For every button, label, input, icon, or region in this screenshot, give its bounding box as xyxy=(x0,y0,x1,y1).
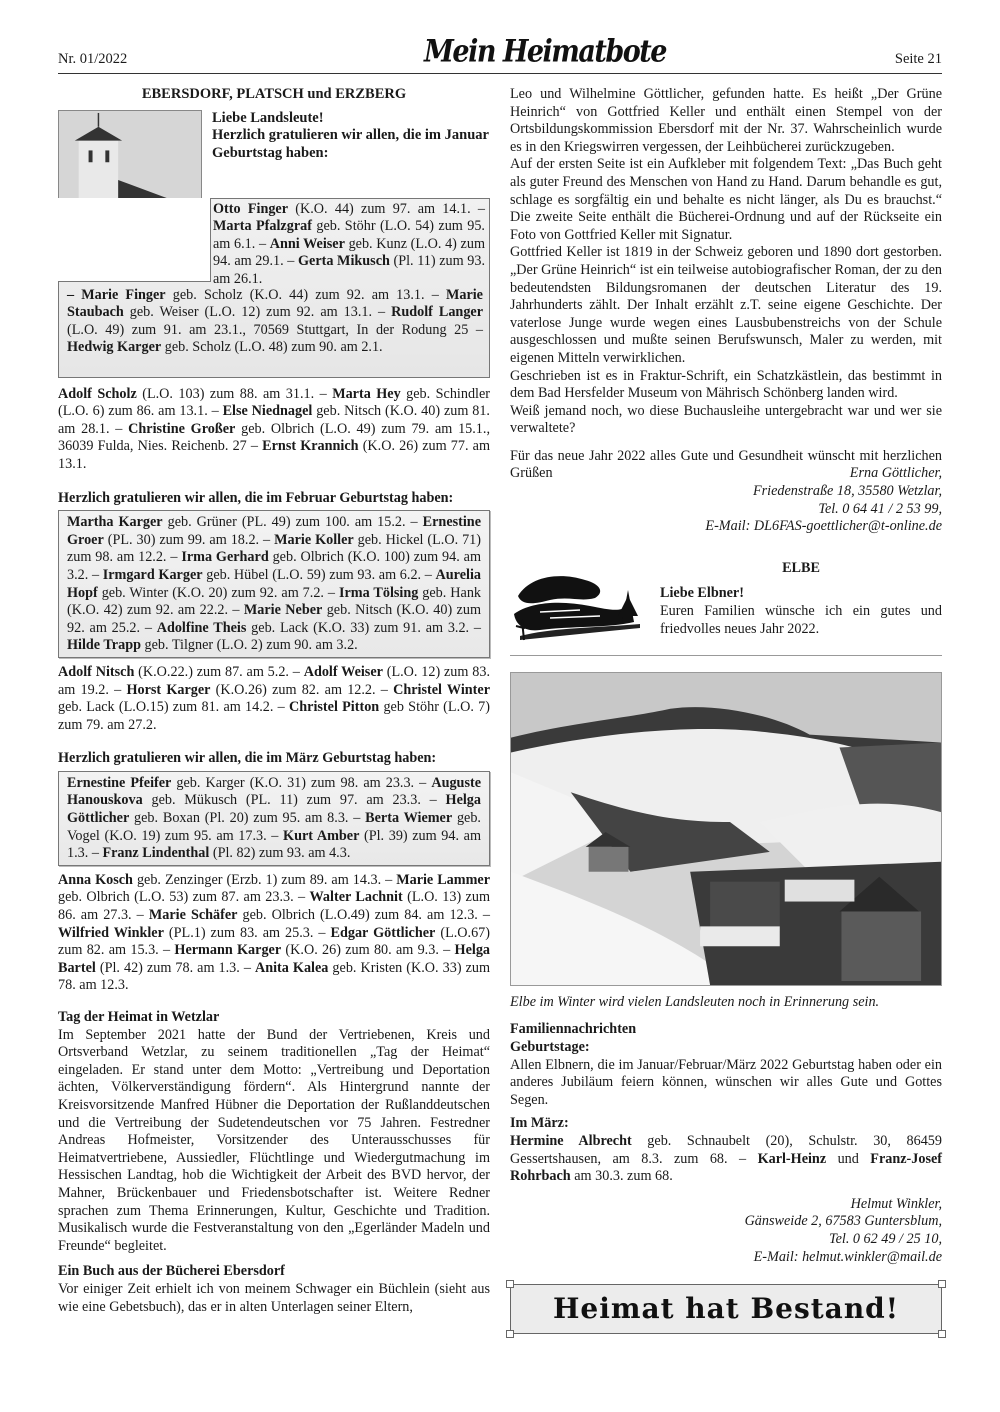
signature-address: Friedenstraße 18, 35580 Wetzlar, xyxy=(510,483,942,501)
january-list: Adolf Scholz (L.O. 103) zum 88. am 31.1.… xyxy=(58,386,490,474)
march-title: Im März: xyxy=(510,1115,942,1133)
signature-helmut: Helmut Winkler, Gänsweide 2, 67583 Gunte… xyxy=(510,1196,942,1266)
january-box-text-top: Otto Finger (K.O. 44) zum 97. am 14.1. –… xyxy=(213,201,485,289)
page-header: Nr. 01/2022 Mein Heimatbote Seite 21 xyxy=(58,38,942,74)
heimat-banner: Heimat hat Bestand! xyxy=(510,1284,942,1334)
signature-phone: Tel. 0 64 41 / 2 53 99, xyxy=(510,501,942,519)
february-list: Adolf Nitsch (K.O.22.) zum 87. am 5.2. –… xyxy=(58,664,490,734)
elbe-section-header: ELBE Liebe Elbner! Euren Familien wünsch… xyxy=(510,560,942,656)
january-box-text-bottom: – Marie Finger geb. Scholz (K.O. 44) zum… xyxy=(67,287,483,357)
winter-village-photo xyxy=(510,672,942,986)
left-column: EBERSDORF, PLATSCH und ERZBERG Liebe Lan… xyxy=(58,86,490,1316)
photo-caption: Elbe im Winter wird vielen Landsleuten n… xyxy=(510,994,942,1012)
family-news-title: Familiennachrichten xyxy=(510,1021,942,1039)
issue-number: Nr. 01/2022 xyxy=(58,51,127,68)
january-block: Liebe Landsleute! Herzlich gratulieren w… xyxy=(58,110,490,380)
january-intro: Liebe Landsleute! Herzlich gratulieren w… xyxy=(212,110,490,163)
article-buch-p3: Gottfried Keller ist 1819 in der Schweiz… xyxy=(510,244,942,367)
winter-landscape-icon xyxy=(511,673,941,985)
march-list: Anna Kosch geb. Zenzinger (Erzb. 1) zum … xyxy=(58,872,490,995)
february-heading: Herzlich gratulieren wir allen, die im F… xyxy=(58,490,490,508)
signature-email[interactable]: E-Mail: helmut.winkler@mail.de xyxy=(510,1249,942,1267)
right-column: Leo und Wilhelmine Göttlicher, gefunden … xyxy=(510,86,942,1334)
signature-phone: Tel. 0 62 49 / 25 10, xyxy=(510,1231,942,1249)
march-highlight-box: Ernestine Pfeifer geb. Karger (K.O. 31) … xyxy=(58,771,490,866)
signature-erna: Erna Göttlicher, Friedenstraße 18, 35580… xyxy=(510,465,942,535)
article-buch-p5: Weiß jemand noch, wo diese Buchausleihe … xyxy=(510,403,942,438)
signature-email[interactable]: E-Mail: DL6FAS-goettlicher@t-online.de xyxy=(510,518,942,536)
article-body-buch-start: Vor einiger Zeit erhielt ich von meinem … xyxy=(58,1281,490,1316)
banner-slogan: Heimat hat Bestand! xyxy=(553,1300,899,1318)
article-body-wetzlar: Im September 2021 hatte der Bund der Ver… xyxy=(58,1027,490,1256)
landscape-woodcut-icon xyxy=(510,566,650,642)
february-highlight-box: Martha Karger geb. Grüner (PL. 49) zum 1… xyxy=(58,510,490,658)
signature-address: Gänsweide 2, 67583 Guntersblum, xyxy=(510,1213,942,1231)
article-buch-p2: Auf der ersten Seite ist ein Aufkleber m… xyxy=(510,156,942,244)
elbe-intro-text: Euren Familien wünsche ich ein gutes und… xyxy=(660,603,942,638)
signature-name: Helmut Winkler, xyxy=(510,1196,942,1214)
greeting: Liebe Landsleute! xyxy=(212,110,490,128)
birthdays-text: Allen Elbnern, die im Januar/Februar/Mär… xyxy=(510,1057,942,1110)
corner-ornament-icon xyxy=(938,1280,946,1288)
section-title-elbe: ELBE xyxy=(660,560,942,578)
article-buch-p4: Geschrieben ist es in Fraktur-Schrift, e… xyxy=(510,368,942,403)
article-title-buch: Ein Buch aus der Bücherei Ebersdorf xyxy=(58,1263,490,1281)
section-title-ebersdorf: EBERSDORF, PLATSCH und ERZBERG xyxy=(58,86,490,104)
birthdays-title: Geburtstage: xyxy=(510,1039,942,1057)
january-heading: Herzlich gratulieren wir allen, die im J… xyxy=(212,127,490,162)
corner-ornament-icon xyxy=(938,1330,946,1338)
corner-ornament-icon xyxy=(506,1280,514,1288)
march-heading: Herzlich gratulieren wir allen, die im M… xyxy=(58,750,490,768)
january-highlight-box: Otto Finger (K.O. 44) zum 97. am 14.1. –… xyxy=(58,198,490,378)
page-number: Seite 21 xyxy=(895,51,942,68)
elbe-greeting: Liebe Elbner! xyxy=(660,585,942,603)
article-title-wetzlar: Tag der Heimat in Wetzlar xyxy=(58,1009,490,1027)
article-buch-p1: Leo und Wilhelmine Göttlicher, gefunden … xyxy=(510,86,942,156)
signature-name: Erna Göttlicher, xyxy=(510,465,942,483)
masthead-logo: Mein Heimatbote xyxy=(424,34,666,70)
corner-ornament-icon xyxy=(506,1330,514,1338)
elbe-intro: ELBE Liebe Elbner! Euren Familien wünsch… xyxy=(660,560,942,638)
elbe-march-list: Hermine Albrecht geb. Schnaubelt (20), S… xyxy=(510,1133,942,1186)
